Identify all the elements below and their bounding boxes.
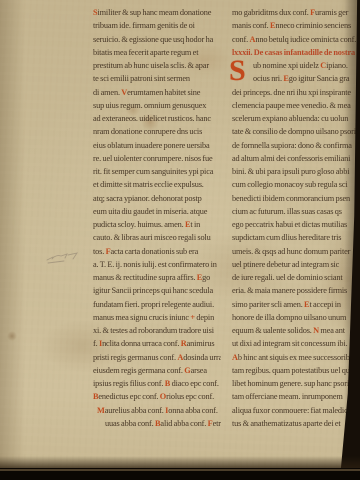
text-segment: et dimitte sit matris ecclie expulsus.	[93, 180, 204, 189]
text-line: Similiter & sup hanc meam donatione	[93, 6, 221, 19]
text-segment: igitur Sancii princeps qui hanc scedula	[93, 286, 213, 295]
text-line: manus & rectitudine supra affirs. Ego	[93, 271, 221, 284]
text-segment: alid abba conf.	[160, 419, 207, 428]
text-line: manis conf. Enneco criminio senciens	[232, 19, 360, 32]
red-initial: G	[184, 366, 190, 375]
text-line: eria. & maia manere possidere firmis	[232, 284, 360, 297]
text-line: benedicti ibidem conmorancium psen	[232, 192, 360, 205]
text-segment: nno betulq iudice ominicta conf.	[255, 35, 356, 44]
text-segment: go	[202, 273, 210, 282]
text-segment: depin	[195, 313, 214, 322]
text-segment: onna abba conf.	[168, 406, 218, 415]
text-line: te sci emilii patroni sint sermen	[93, 72, 221, 85]
text-segment: tate & consilio de dompno uilsano psoris	[232, 127, 359, 136]
rubric-line: lxxxii. De casas infantadille de nostra	[232, 46, 360, 59]
text-segment: seruicio. & egissione que usq hodor ha	[93, 35, 213, 44]
text-segment: a. T. E. ij. nonis iulij. est confirmate…	[93, 260, 217, 269]
text-line: a. T. E. ij. nonis iulij. est confirmate…	[93, 258, 221, 271]
text-segment: f.	[93, 339, 99, 348]
text-segment: equum & ualente solidos.	[232, 326, 313, 335]
text-segment: bitatis mea fecerit aparte regum et	[93, 48, 198, 57]
text-line: pristi regis germanus conf. Adosinda urr…	[93, 351, 221, 364]
text-column-right: mo gabriditms dux conf. Furamis germanis…	[232, 6, 360, 430]
text-segment: simo pariter scli amen.	[232, 300, 304, 309]
text-segment: uel ptinere debetur ad integram sic	[232, 260, 339, 269]
text-segment: etru.	[213, 419, 221, 428]
text-line: supdictam cum dlius hereditare tris	[232, 231, 360, 244]
text-segment: honore de illa dompno uilsano unum	[232, 313, 346, 322]
text-line: eius oblatum inuadere ponere uersiba	[93, 139, 221, 152]
text-line: cum collegio monacoy sub regula sci	[232, 178, 360, 191]
text-line: dei princeps. dne nri ihu xpi inspirante	[232, 86, 360, 99]
text-line: simo pariter scli amen. Et accepi in	[232, 298, 360, 311]
text-segment: acta carta donationis sub era	[111, 247, 199, 256]
text-line: ad altum almi dei confessoris emiliani	[232, 152, 360, 165]
text-line: Benedictus epc conf. Oriolus epc conf.	[93, 390, 221, 403]
text-segment: aliqua fuxor conmouere: fiat maledic	[232, 406, 348, 415]
text-segment: dosinda urraca	[183, 353, 221, 362]
text-segment: bini. & ubi para ipsuli puro gloso abbi	[232, 167, 349, 176]
text-segment: nneco criminio senciens	[275, 21, 351, 30]
text-segment: sup uius regum. omnium genusquex	[93, 101, 206, 110]
text-segment: eum uita diu gaudet in miseria. atque	[93, 207, 207, 216]
text-segment: manis conf.	[232, 21, 270, 30]
text-line: conf. Anno betulq iudice ominicta conf.	[232, 33, 360, 46]
text-segment: de iure regali. uel de dominio sciant	[232, 273, 343, 282]
text-segment: erumtamen habitet sine	[127, 88, 200, 97]
text-segment: cauto. & libras auri misceo regali solu	[93, 233, 211, 242]
text-segment: conf.	[232, 35, 250, 44]
text-line: eum uita diu gaudet in miseria. atque	[93, 205, 221, 218]
text-segment: de fornnella supiora: dono & confirma	[232, 141, 352, 150]
text-line: seruicio. & egissione que usq hodor ha	[93, 33, 221, 46]
text-line: equum & ualente solidos. N mea ant	[232, 324, 360, 337]
text-line: scelerum expiano abluenda: cu uolun	[232, 112, 360, 125]
text-line: tus & anathematizatus aparte dei et	[232, 417, 360, 430]
text-segment: tam offerciane meam. inrumponem	[232, 392, 343, 401]
text-segment: eiusdem regis germana conf.	[93, 366, 184, 375]
text-segment: uuas abba conf.	[105, 419, 155, 428]
text-segment: umeis. & qsqs ad hunc domum pariter	[232, 247, 350, 256]
text-line: nram donatione conrupere dns ucis	[93, 125, 221, 138]
text-segment: riolus epc conf.	[166, 392, 214, 401]
text-segment: b hinc ant siquis ex mee successorib;	[238, 353, 352, 362]
text-line: de fornnella supiora: dono & confirma	[232, 139, 360, 152]
text-line: bini. & ubi para ipsuli puro gloso abbi	[232, 165, 360, 178]
text-segment: nram donatione conrupere dns ucis	[93, 127, 202, 136]
text-segment: cium ac futurum. illas suas casas qs	[232, 207, 342, 216]
text-segment: imiliter & sup hanc meam donatione	[97, 8, 211, 17]
text-line: cium ac futurum. illas suas casas qs	[232, 205, 360, 218]
text-segment: diaco epc conf.	[170, 379, 219, 388]
text-line: eiusdem regis germana conf. Garsea	[93, 364, 221, 377]
text-segment: pudicta scloy. huimus. amen.	[93, 220, 185, 229]
text-line: tos. Facta carta donationis sub era	[93, 245, 221, 258]
red-initial: A	[232, 353, 238, 362]
text-line: clemencia paupe mee venedio. & mea	[232, 99, 360, 112]
text-segment: animirus	[187, 339, 215, 348]
text-segment: te sci emilii patroni sint sermen	[93, 74, 190, 83]
text-line: Ab hinc ant siquis ex mee successorib;	[232, 351, 360, 364]
text-segment: aurelius abba conf.	[105, 406, 165, 415]
red-initial: R	[181, 339, 187, 348]
text-segment: ub nomine xpi uidelz	[253, 61, 320, 70]
text-segment: mea ant	[319, 326, 345, 335]
text-line: manus mea signu crucis iniunc + depin	[93, 311, 221, 324]
text-line: ego peccatrix habui et dictas mutilias	[232, 218, 360, 231]
text-line: tate & consilio de dompno uilsano psoris	[232, 125, 360, 138]
text-segment: arsea	[191, 366, 207, 375]
text-segment: ad altum almi dei confessoris emiliani	[232, 154, 350, 163]
text-column-left: Similiter & sup hanc meam donationetribu…	[93, 6, 221, 430]
text-line: rit. fit semper cum sanguinites ypi pica	[93, 165, 221, 178]
red-initial: F	[208, 419, 213, 428]
text-line: re. uel uiolenter conrumpere. nisos fue	[93, 152, 221, 165]
text-segment: tam regibus. quam potestatibus uel qui	[232, 366, 352, 375]
text-line: uuas abba conf. Balid abba conf. Fetru.	[93, 417, 221, 430]
text-segment: prestitum ab hunc uisela sclis. & apar	[93, 61, 209, 70]
manuscript-scan: Similiter & sup hanc meam donationetribu…	[0, 0, 360, 480]
text-segment: clemencia paupe mee venedio. & mea	[232, 101, 351, 110]
red-initial: E	[283, 74, 288, 83]
text-segment: supdictam cum dlius hereditare tris	[232, 233, 341, 242]
text-segment: fundatam fieri. propri relegente audiui.	[93, 300, 214, 309]
text-line: et dimitte sit matris ecclie expulsus.	[93, 178, 221, 191]
text-line: honore de illa dompno uilsano unum	[232, 311, 360, 324]
text-line: uel ptinere debetur ad integram sic	[232, 258, 360, 271]
text-line: tam regibus. quam potestatibus uel qui	[232, 364, 360, 377]
text-line: ad exteraneos. uidelicet rusticos. hanc	[93, 112, 221, 125]
text-segment: scelerum expiano abluenda: cu uolun	[232, 114, 348, 123]
text-segment: ego peccatrix habui et dictas mutilias	[232, 220, 347, 229]
text-segment: eius oblatum inuadere ponere uersiba	[93, 141, 210, 150]
text-line: de iure regali. uel de dominio sciant	[232, 271, 360, 284]
red-initial: lxxxii. De casas infantadille de nostra	[232, 48, 355, 57]
scan-bottom-edge	[0, 468, 360, 480]
text-line: aliqua fuxor conmouere: fiat maledic	[232, 404, 360, 417]
text-segment: tribuam ide. firmam genitis de oi	[93, 21, 195, 30]
text-segment: benedicti ibidem conmorancium psen	[232, 194, 350, 203]
text-segment: t in	[190, 220, 200, 229]
text-line: libet hominum genere. sup hanc psoris	[232, 377, 360, 390]
text-line: tam offerciane meam. inrumponem	[232, 390, 360, 403]
text-segment: go igitur Sancia gra	[289, 74, 350, 83]
text-segment: ad exteraneos. uidelicet rusticos. hanc	[93, 114, 211, 123]
text-segment: tus & anathematizatus aparte dei et	[232, 419, 341, 428]
text-line: fundatam fieri. propri relegente audiui.	[93, 298, 221, 311]
text-segment: atq; sacra ypianor. dehonorat postp	[93, 194, 202, 203]
text-line: ocius nri. Ego igitur Sancia gra	[232, 72, 360, 85]
text-segment: re. uel uiolenter conrumpere. nisos fue	[93, 154, 213, 163]
text-line: cauto. & libras auri misceo regali solu	[93, 231, 221, 244]
text-segment: tos.	[93, 247, 106, 256]
text-segment: pristi regis germanus conf.	[93, 353, 177, 362]
text-line: mo gabriditms dux conf. Furamis ger	[232, 6, 360, 19]
text-segment: mo gabriditms dux conf.	[232, 8, 310, 17]
text-segment: enedictus epc conf.	[98, 392, 159, 401]
text-segment: rit. fit semper cum sanguinites ypi pica	[93, 167, 213, 176]
text-segment: libet hominum genere. sup hanc psoris	[232, 379, 352, 388]
text-line: prestitum ab hunc uisela sclis. & apar	[93, 59, 221, 72]
text-line: ut dixi ad integram sit concessum ibi.	[232, 337, 360, 350]
text-line: atq; sacra ypianor. dehonorat postp	[93, 192, 221, 205]
page-edge-highlight	[0, 469, 360, 471]
text-line: sup uius regum. omnium genusquex	[93, 99, 221, 112]
text-segment: t accepi in	[309, 300, 340, 309]
text-segment: manus mea signu crucis iniunc	[93, 313, 190, 322]
text-segment: ocius nri.	[253, 74, 283, 83]
text-segment: nclita donna urraca conf.	[102, 339, 181, 348]
text-segment: di amen.	[93, 88, 121, 97]
text-segment: xi. & testes ad roborandum tradore uisi	[93, 326, 214, 335]
text-segment: dei princeps. dne nri ihu xpi inspirante	[232, 88, 351, 97]
text-line: bitatis mea fecerit aparte regum et	[93, 46, 221, 59]
text-line: ipsius regis filius conf. B diaco epc co…	[93, 377, 221, 390]
text-line: tribuam ide. firmam genitis de oi	[93, 19, 221, 32]
marginal-pencil-note	[44, 248, 82, 268]
text-line: igitur Sancii princeps qui hanc scedula	[93, 284, 221, 297]
text-segment: cum collegio monacoy sub regula sci	[232, 180, 348, 189]
text-segment: eria. & maia manere possidere firmis	[232, 286, 347, 295]
drop-cap-initial: S	[229, 57, 251, 85]
text-line: xi. & testes ad roborandum tradore uisi	[93, 324, 221, 337]
red-initial: F	[106, 247, 111, 256]
text-segment: ut dixi ad integram sit concessum ibi.	[232, 339, 348, 348]
text-line: f. Inclita donna urraca conf. Ranimirus	[93, 337, 221, 350]
text-line: ub nomine xpi uidelz Cipiano.	[232, 59, 360, 72]
text-line: Maurelius abba conf. Ionna abba conf.	[93, 404, 221, 417]
text-line: umeis. & qsqs ad hunc domum pariter	[232, 245, 360, 258]
red-initial: M	[97, 406, 105, 415]
bottom-edge-shadow	[0, 456, 360, 468]
text-segment: ipsius regis filius conf.	[93, 379, 165, 388]
text-line: pudicta scloy. huimus. amen. Et in	[93, 218, 221, 231]
text-line: di amen. Verumtamen habitet sine	[93, 86, 221, 99]
text-segment: manus & rectitudine supra affirs.	[93, 273, 197, 282]
